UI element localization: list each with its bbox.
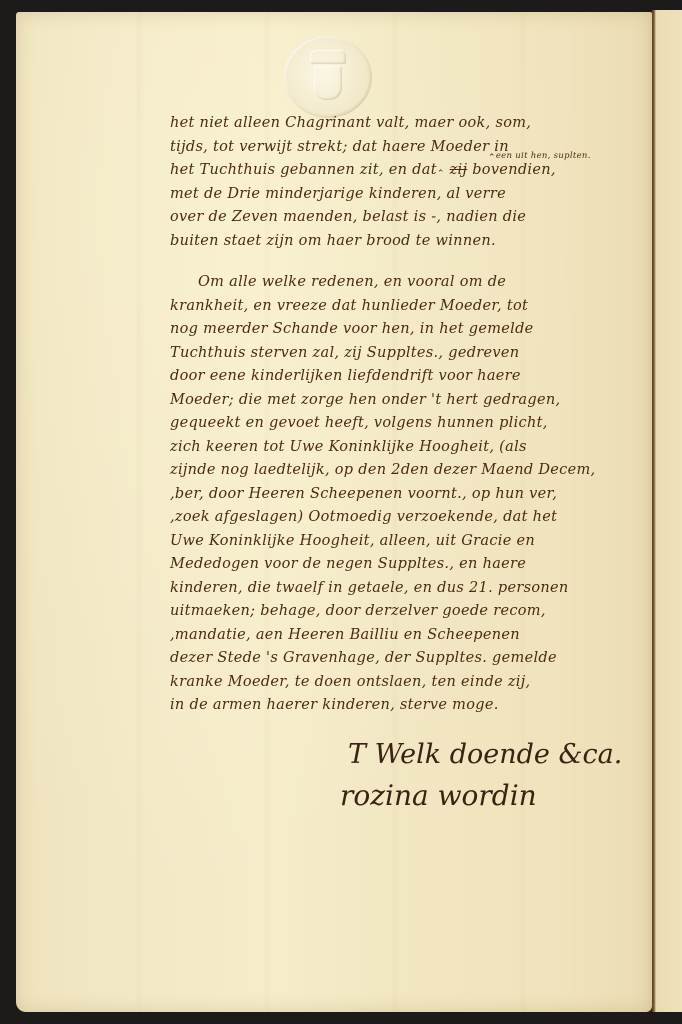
text-line: Mededogen voor de negen Suppltes., en ha… [170,553,640,577]
scan-background-edge [0,1012,682,1024]
insertion-caret-icon: ⌃ [437,169,445,179]
text-line: nog meerder Schande voor hen, in het gem… [170,318,640,342]
text-line: het niet alleen Chagrinant valt, maer oo… [170,112,640,136]
interlinear-insertion: ⌃een uit hen, suplten. [488,152,591,163]
document-scan: het niet alleen Chagrinant valt, maer oo… [0,0,682,1024]
text-segment: bovendien, [472,162,556,178]
lion-shield-icon [314,66,342,100]
insertion-caret-icon: ⌃ [488,153,496,163]
text-line: zich keeren tot Uwe Koninklijke Hoogheit… [170,436,640,460]
text-line: zijnde nog laedtelijk, op den 2den dezer… [170,459,640,483]
paragraph-2: Om alle welke redenen, en vooral om de k… [170,271,640,718]
signature-name: rozina wordin [340,775,622,817]
text-line: ,ber, door Heeren Scheepenen voornt., op… [170,483,640,507]
closing-formula: T Welk doende &ca. [340,735,622,775]
text-line: kinderen, die twaelf in getaele, en dus … [170,577,640,601]
adjacent-page-edge [652,10,682,1012]
text-line: kranke Moeder, te doen ontslaen, ten ein… [170,671,640,695]
text-line: Moeder; die met zorge hen onder 't hert … [170,389,640,413]
text-line: buiten staet zijn om haer brood te winne… [170,230,640,254]
text-segment: het Tuchthuis gebannen zit, en dat [170,162,437,178]
manuscript-body: het niet alleen Chagrinant valt, maer oo… [170,112,640,718]
text-line: uitmaeken; behage, door derzelver goede … [170,600,640,624]
text-line: dezer Stede 's Gravenhage, der Suppltes.… [170,647,640,671]
text-line: Tuchthuis sterven zal, zij Suppltes., ge… [170,342,640,366]
text-line: in de armen haerer kinderen, sterve moge… [170,694,640,718]
insertion-text: een uit hen, suplten. [496,151,591,161]
embossed-seal-icon [284,36,372,118]
text-line: met de Drie minderjarige kinderen, al ve… [170,183,640,207]
text-line-with-correction: het Tuchthuis gebannen zit, en dat⌃ zij … [170,159,640,183]
crown-icon [310,50,346,64]
text-line: Om alle welke redenen, en vooral om de [170,271,640,295]
struck-word: zij [450,162,468,178]
text-line: krankheit, en vreeze dat hunlieder Moede… [170,295,640,319]
text-line: Uwe Koninklijke Hoogheit, alleen, uit Gr… [170,530,640,554]
signature-block: T Welk doende &ca. rozina wordin [340,735,622,817]
text-line: over de Zeven maenden, belast is -, nadi… [170,206,640,230]
text-line: gequeekt en gevoet heeft, volgens hunnen… [170,412,640,436]
text-line: door eene kinderlijken liefdendrift voor… [170,365,640,389]
text-line: ,mandatie, aen Heeren Bailliu en Scheepe… [170,624,640,648]
text-line: ,zoek afgeslagen) Ootmoedig verzoekende,… [170,506,640,530]
paragraph-1: het niet alleen Chagrinant valt, maer oo… [170,112,640,253]
paragraph-gap [170,253,640,271]
